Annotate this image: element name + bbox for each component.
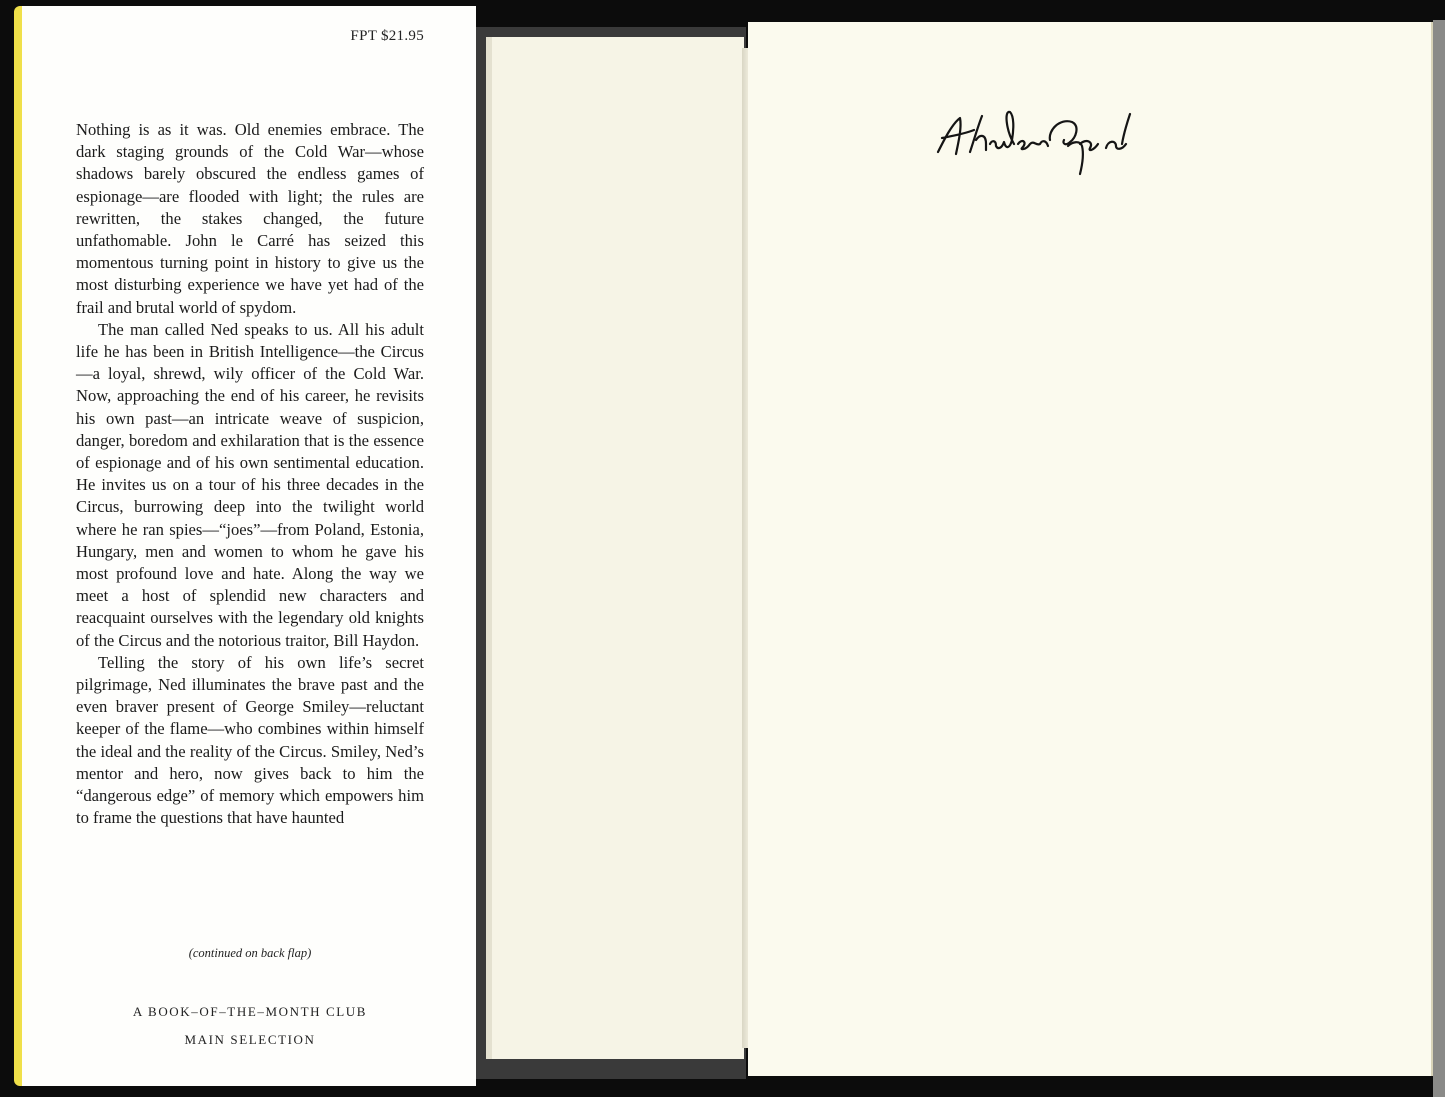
dust-jacket-flap: FPT $21.95 Nothing is as it was. Old ene…	[14, 6, 476, 1086]
book-club-notice: A BOOK–OF–THE–MONTH CLUB MAIN SELECTION	[76, 1004, 424, 1048]
flap-blurb: Nothing is as it was. Old enemies embrac…	[76, 119, 424, 830]
continued-note: (continued on back flap)	[76, 946, 424, 961]
blurb-paragraph: Nothing is as it was. Old enemies embrac…	[76, 119, 424, 319]
title-page	[748, 22, 1434, 1076]
price-label: FPT $21.95	[350, 28, 424, 45]
endpaper-page	[486, 37, 744, 1059]
blurb-paragraph: Telling the story of his own life’s secr…	[76, 652, 424, 830]
club-line: A BOOK–OF–THE–MONTH CLUB	[76, 1004, 424, 1020]
blurb-paragraph: The man called Ned speaks to us. All his…	[76, 319, 424, 652]
club-line: MAIN SELECTION	[76, 1032, 424, 1048]
page-edge	[1433, 20, 1445, 1097]
signature-icon	[930, 100, 1140, 180]
